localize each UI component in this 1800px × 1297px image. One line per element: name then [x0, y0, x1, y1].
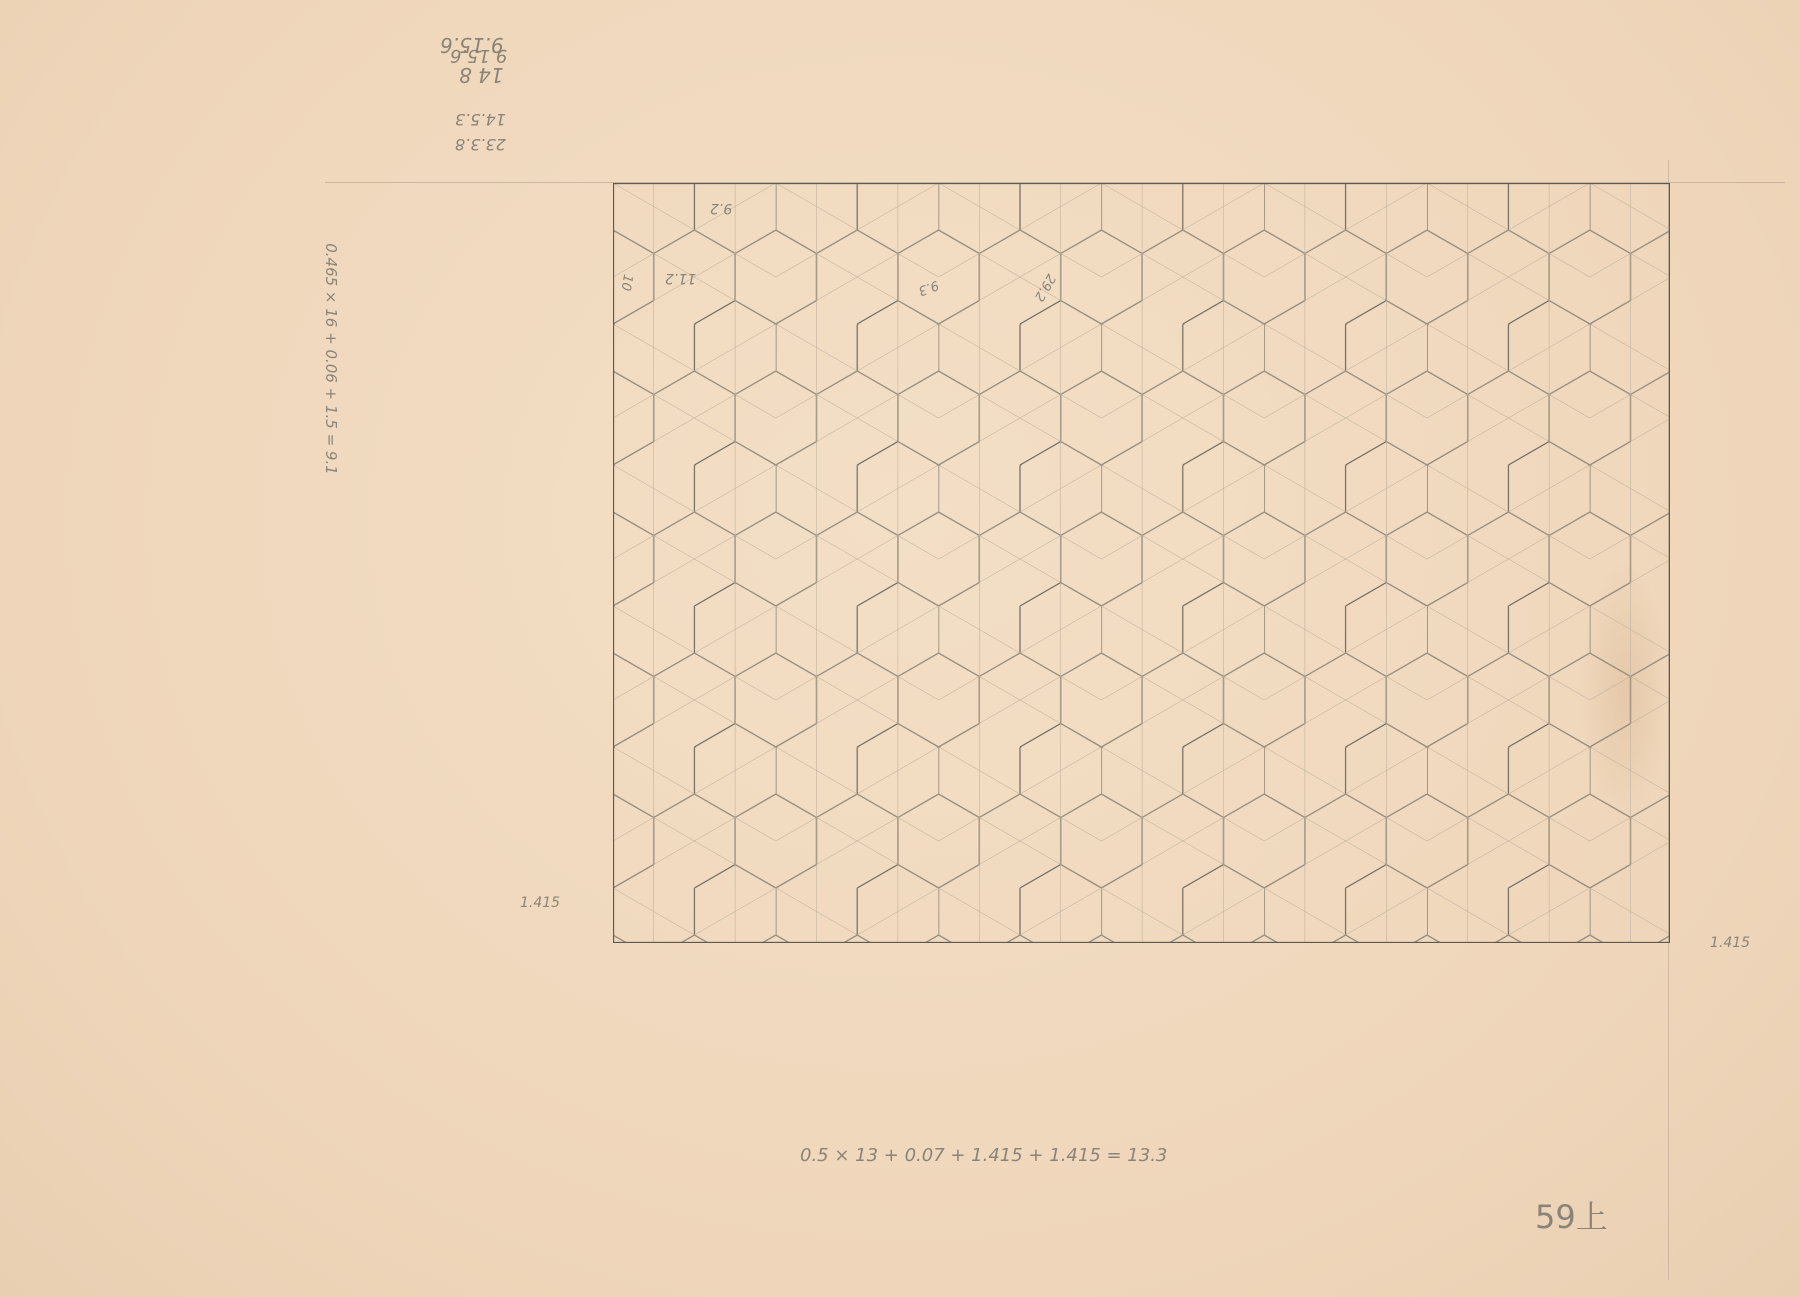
- cell-note-1: 9.2: [710, 200, 732, 216]
- left-dimension-label: 1.415: [520, 895, 560, 911]
- cell-note-2: 11.2: [665, 270, 696, 286]
- bottom-formula: 0.5 × 13 + 0.07 + 1.415 + 1.415 = 13.3: [800, 1145, 1167, 1166]
- right-dimension-label: 1.415: [1710, 935, 1750, 951]
- top-note-a: 9.15.6: [450, 45, 507, 66]
- top-note-b: 14.5.3: [455, 110, 506, 129]
- cell-note-3: 10: [617, 273, 635, 292]
- left-rotated-formula: 0.465 × 16 + 0.06 + 1.5 = 9.1: [322, 243, 340, 475]
- page-number: 59上: [1535, 1192, 1608, 1238]
- top-note-c: 23.3.8: [455, 135, 506, 154]
- hexagon-grid: [613, 183, 1670, 943]
